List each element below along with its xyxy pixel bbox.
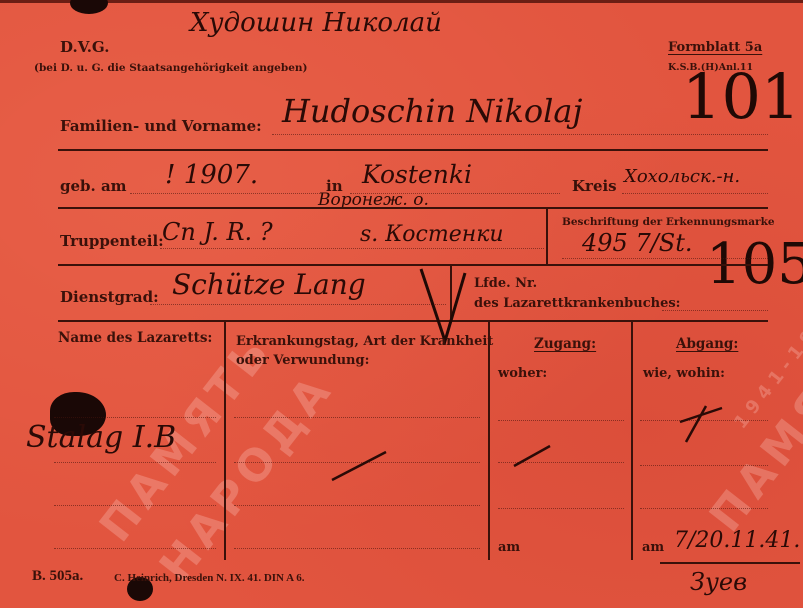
form-title: Formblatt 5a — [668, 40, 762, 55]
dash-mark-icon — [328, 448, 390, 484]
dotted-line — [54, 548, 216, 549]
form-code: D.V.G. — [60, 38, 109, 56]
dotted-line — [562, 258, 768, 259]
top-edge — [0, 0, 803, 3]
dotted-line — [54, 462, 216, 463]
column-divider — [488, 322, 490, 560]
column-divider — [631, 322, 633, 560]
dotted-line — [622, 193, 768, 194]
dash-mark-icon — [510, 442, 554, 470]
dotted-line — [160, 248, 544, 249]
dotted-line — [54, 505, 216, 506]
rank-label: Dienstgrad: — [60, 288, 159, 306]
signature: Зуев — [690, 568, 747, 596]
archive-number-1: 101 — [682, 60, 800, 133]
dotted-line — [54, 417, 216, 418]
name-value: Hudoschin Nikolaj — [282, 92, 582, 130]
departure-header: Abgang: — [676, 336, 738, 352]
ledger-label-2: des Lazarettkrankenbuches: — [474, 296, 680, 311]
column-divider — [224, 322, 226, 560]
birth-value: ! 1907. — [165, 160, 258, 190]
departure-date-label: am — [642, 540, 664, 555]
dotted-line — [498, 508, 624, 509]
tag-label: Beschriftung der Erkennungsmarke — [562, 216, 775, 228]
top-handwriting: Худошин Николай — [190, 8, 442, 38]
divider — [58, 320, 768, 322]
hospital-name-value: Stalag I.B — [26, 420, 176, 455]
hospital-name-header: Name des Lazaretts: — [58, 330, 212, 346]
dotted-line — [234, 548, 480, 549]
name-label: Familien- und Vorname: — [60, 117, 262, 135]
dotted-line — [272, 134, 768, 135]
check-mark-icon — [415, 265, 475, 345]
dotted-line — [150, 304, 446, 305]
dotted-line — [662, 310, 768, 311]
dotted-line — [234, 505, 480, 506]
cross-mark-icon — [676, 402, 726, 446]
form-number: B. 505a. — [32, 568, 83, 585]
dotted-line — [640, 465, 768, 466]
arrival-date-label: am — [498, 540, 520, 555]
departure-date-value: 7/20.11.41. — [674, 528, 800, 553]
arrival-from-label: woher: — [498, 366, 547, 381]
dotted-line — [640, 508, 768, 509]
arrival-header: Zugang: — [534, 336, 596, 352]
district-label: Kreis — [572, 177, 617, 195]
illness-header-1: Erkrankungstag, Art der Krankheit — [236, 334, 493, 349]
tag-value: 495 7/St. — [582, 229, 693, 257]
dotted-line — [498, 420, 624, 421]
unit-extra: s. Костенки — [360, 222, 504, 247]
place-value: Kostenki — [362, 160, 472, 189]
illness-header-2: oder Verwundung: — [236, 353, 369, 368]
unit-value: Сп J. R. ? — [162, 218, 273, 246]
rank-value: Schütze Lang — [172, 268, 366, 301]
underline — [660, 562, 800, 564]
divider — [58, 149, 768, 151]
unit-label: Truppenteil: — [60, 232, 164, 250]
form-note: (bei D. u. G. die Staatsangehörigkeit an… — [34, 62, 308, 74]
divider — [546, 209, 548, 264]
prisoner-registration-card: ПАМЯТЬ НАРОДА ПАМЯТЬ 1941-1945 D.V.G. (b… — [0, 0, 803, 608]
dotted-line — [130, 193, 320, 194]
punch-hole-top — [70, 0, 108, 14]
departure-to-label: wie, wohin: — [643, 366, 725, 381]
district-value: Хохольск.-н. — [624, 166, 740, 187]
dotted-line — [234, 417, 480, 418]
printer-imprint: C. Heinrich, Dresden N. IX. 41. DIN A 6. — [114, 572, 304, 584]
divider — [58, 264, 768, 266]
ledger-label-1: Lfde. Nr. — [474, 276, 537, 291]
divider — [58, 207, 768, 209]
birth-label: geb. am — [60, 177, 127, 195]
